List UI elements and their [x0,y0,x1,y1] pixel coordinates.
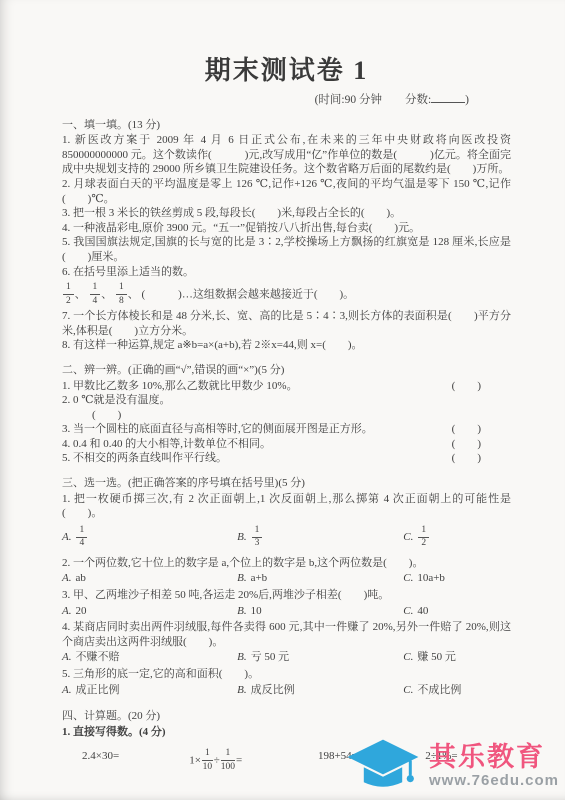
option-text: 10a+b [417,572,445,584]
fraction-denominator: 2 [63,295,74,306]
option: A.不赚不赔 [62,650,237,665]
fraction-denominator: 3 [252,538,263,549]
fraction: 12 [418,526,429,549]
option: B.成反比例 [237,683,403,698]
option-text: 40 [417,605,428,617]
option-label: A. [62,605,71,617]
options-row: A.成正比例 B.成反比例 C.不成比例 [62,682,511,700]
score-blank [431,92,465,103]
option: B.10 [237,604,403,619]
question-text: 4. 一种液晶彩电,原价 3900 元。“五一”促销按八八折出售,每台卖( )元… [62,221,511,236]
fraction-numerator: 1 [116,283,127,295]
expression-part: ÷ [214,755,220,767]
fraction-denominator: 4 [90,295,101,306]
answer-paren: ( ) [452,437,481,452]
paper-content: 期末测试卷 1 (时间:90 分钟 分数:) 一、填一填。(13 分) 1. 新… [62,54,511,772]
test-paper-page: 期末测试卷 1 (时间:90 分钟 分数:) 一、填一填。(13 分) 1. 新… [0,0,565,800]
true-false-item: 2. 0 ℃就是没有温度。 [62,393,511,408]
expression: 1×110÷1100= [189,749,318,772]
brand-url: www.76edu.com [429,772,559,789]
option: C.12 [403,526,511,549]
fraction: 14 [76,526,87,549]
question-text: 6. 在括号里添上适当的数。 [62,265,511,280]
question-text: 5. 不相交的两条直线叫作平行线。 [62,451,227,466]
option: C.不成比例 [403,683,511,698]
option-text: 成正比例 [75,684,119,696]
expression-part: 1× [189,755,201,767]
options-row: A.ab B.a+b C.10a+b [62,570,511,588]
option-label: C. [403,531,413,543]
fraction-numerator: 1 [90,283,101,295]
fraction: 14 [90,283,101,306]
question-text: 3. 把一根 3 米长的铁丝剪成 5 段,每段长( )米,每段占全长的( )。 [62,206,511,221]
option: A.20 [62,604,237,619]
option-label: B. [237,572,246,584]
question-text: 2. 月球表面白天的平均温度是零上 126 ℃,记作+126 ℃,夜间的平均气温… [62,177,511,206]
question-fraction-sequence: 12、 14、 18、 ( )…这组数据会越来越接近于( )。 [62,279,511,309]
option-text: ab [75,572,85,584]
options-row: A.14 B.13 C.12 [62,521,511,556]
question-text: 1. 把一枚硬币掷三次,有 2 次正面朝上,1 次反面朝上,那么掷第 4 次正面… [62,492,511,521]
option-text: 20 [75,605,86,617]
option-label: A. [62,684,71,696]
page-title: 期末测试卷 1 [62,54,511,87]
question-text: 1. 甲数比乙数多 10%,那么乙数就比甲数少 10%。 [62,379,298,394]
question-text: 7. 一个长方体棱长和是 48 分米,长、宽、高的比是 5∶4∶3,则长方体的表… [62,309,511,338]
option-label: C. [403,651,413,663]
section-heading: 二、辨一辨。(正确的画“√”,错误的画“×”)(5 分) [62,363,511,378]
meta-close: ) [465,94,469,106]
brand-name: 其乐教育 [429,743,545,772]
question-text: 1. 新医改方案于 2009 年 4 月 6 日正式公布,在未来的三年中央财政将… [62,133,511,177]
option: B.a+b [237,571,403,586]
fraction-numerator: 1 [76,526,87,538]
expression-part: = [236,755,242,767]
question-text: 5. 三角形的底一定,它的高和面积( )。 [62,667,511,682]
fraction-denominator: 100 [221,761,235,772]
option: C.10a+b [403,571,511,586]
brand-logo: 其乐教育 www.76edu.com [344,736,559,796]
separator: 、 [75,288,86,300]
option: A.ab [62,571,237,586]
graduation-cap-icon [344,736,422,796]
fraction-numerator: 1 [63,283,74,295]
options-row: A.不赚不赔 B.亏 50 元 C.赚 50 元 [62,649,511,667]
option-text: 不赚不赔 [75,651,119,663]
fraction: 13 [252,526,263,549]
option-label: B. [237,531,246,543]
separator: 、 [128,288,139,300]
question-text: 8. 有这样一种运算,规定 a※b=a×(a+b),若 2※x=44,则 x=(… [62,338,511,353]
section-heading: 三、选一选。(把正确答案的序号填在括号里)(5 分) [62,476,511,491]
answer-paren-row: ( ) [92,408,511,423]
option-label: A. [62,651,71,663]
fraction-numerator: 1 [202,749,213,761]
fraction-numerator: 1 [418,526,429,538]
true-false-item: 5. 不相交的两条直线叫作平行线。 ( ) [62,451,511,466]
section-multiple-choice: 三、选一选。(把正确答案的序号填在括号里)(5 分) 1. 把一枚硬币掷三次,有… [62,476,511,699]
expression: 2.4×30= [82,749,189,772]
question-text: 4. 0.4 和 0.40 的大小相等,计数单位不相同。 [62,437,271,452]
option-text: 亏 50 元 [251,651,290,663]
option-text: 成反比例 [251,684,295,696]
section-heading: 四、计算题。(20 分) [62,709,511,724]
answer-paren: ( ) [452,422,481,437]
separator: 、 [101,288,112,300]
answer-paren: ( ) [452,451,481,466]
fraction: 110 [202,749,213,772]
option: B.13 [237,526,403,549]
option: A.14 [62,526,237,549]
section-heading: 一、填一填。(13 分) [62,118,511,133]
true-false-item: 4. 0.4 和 0.40 的大小相等,计数单位不相同。 ( ) [62,437,511,452]
options-row: A.20 B.10 C.40 [62,603,511,621]
question-text: 2. 0 ℃就是没有温度。 [62,393,171,408]
option: C.赚 50 元 [403,650,511,665]
option: B.亏 50 元 [237,650,403,665]
true-false-item: 1. 甲数比乙数多 10%,那么乙数就比甲数少 10%。 ( ) [62,379,511,394]
option-text: 不成比例 [417,684,461,696]
paper-meta: (时间:90 分钟 分数:) [62,92,469,108]
fraction: 1100 [221,749,235,772]
fraction-denominator: 8 [116,295,127,306]
question-text: 2. 一个两位数,它十位上的数字是 a,个位上的数字是 b,这个两位数是( )。 [62,556,511,571]
fraction: 12 [63,283,74,306]
question-text: 3. 当一个圆柱的底面直径与高相等时,它的侧面展开图是正方形。 [62,422,373,437]
option-text: a+b [251,572,268,584]
brand-text-block: 其乐教育 www.76edu.com [429,743,559,789]
true-false-item: 3. 当一个圆柱的底面直径与高相等时,它的侧面展开图是正方形。 ( ) [62,422,511,437]
option-label: C. [403,605,413,617]
fraction-denominator: 2 [418,538,429,549]
question-text: 5. 我国国旗法规定,国旗的长与宽的比是 3∶2,学校操场上方飘扬的红旗宽是 1… [62,235,511,264]
fraction-denominator: 10 [202,761,213,772]
option: A.成正比例 [62,683,237,698]
fraction-numerator: 1 [221,749,235,761]
option-label: A. [62,572,71,584]
option-label: B. [237,684,246,696]
option-label: B. [237,651,246,663]
section-fill-in: 一、填一填。(13 分) 1. 新医改方案于 2009 年 4 月 6 日正式公… [62,118,511,353]
option-label: A. [62,531,71,543]
question-text: 4. 某商店同时卖出两件羽绒服,每件各卖得 600 元,其中一件赚了 20%,另… [62,620,511,649]
option-label: B. [237,605,246,617]
fraction-denominator: 4 [76,538,87,549]
question-text: ( )…这组数据会越来越接近于( )。 [142,288,355,300]
answer-paren: ( ) [92,409,121,421]
fraction: 18 [116,283,127,306]
fraction-numerator: 1 [252,526,263,538]
option-label: C. [403,684,413,696]
option-label: C. [403,572,413,584]
time-score-label: (时间:90 分钟 分数: [315,94,432,106]
section-true-false: 二、辨一辨。(正确的画“√”,错误的画“×”)(5 分) 1. 甲数比乙数多 1… [62,363,511,466]
answer-paren: ( ) [452,379,481,394]
option-text: 10 [251,605,262,617]
option: C.40 [403,604,511,619]
question-text: 3. 甲、乙两堆沙子相差 50 吨,各运走 20%后,两堆沙子相差( )吨。 [62,588,511,603]
option-text: 赚 50 元 [417,651,456,663]
